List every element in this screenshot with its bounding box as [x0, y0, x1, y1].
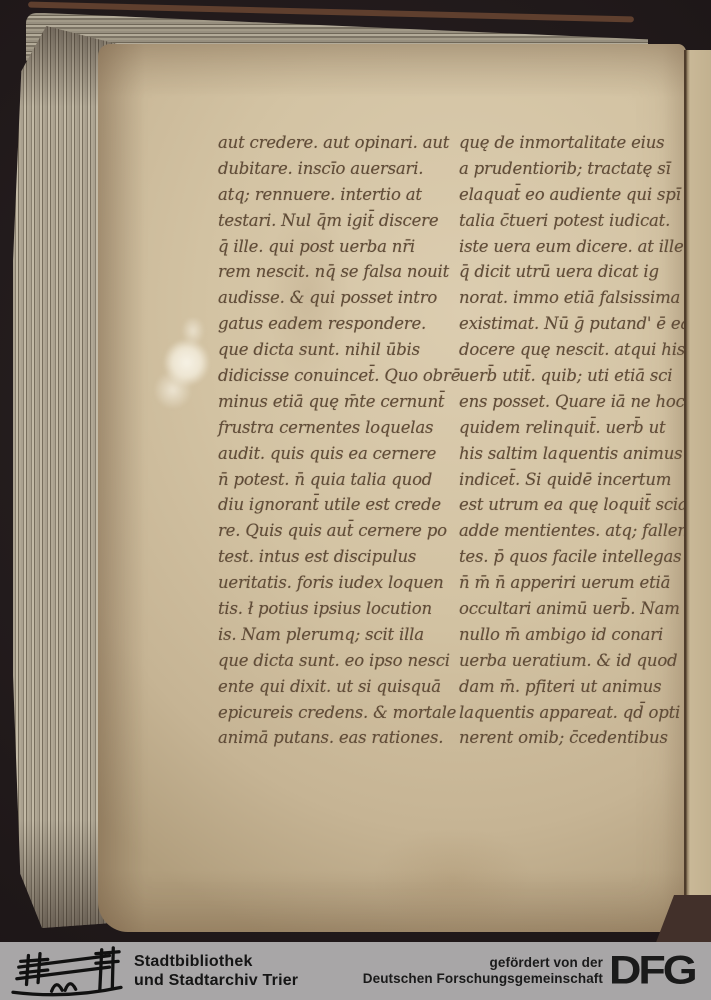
footer-banner: Stadtbibliothek und Stadtarchiv Trier ge…: [0, 942, 711, 1000]
funding-credit-line2: Deutschen Forschungsgemeinschaft: [280, 971, 603, 987]
manuscript-text-line: ueritatis. foris iudex loquen: [218, 573, 460, 599]
manuscript-text-line: ens posset. Quare iā ne hoc: [459, 392, 674, 418]
manuscript-text-line: que dicta sunt. nihil ūbis: [218, 340, 460, 366]
manuscript-text-line: audit. quis quis ea cernere: [218, 444, 460, 470]
text-column-right: quę de inmortalitate eiusa prudentiorib;…: [459, 133, 674, 754]
manuscript-text-line: is. Nam plerumq; scit illa: [218, 625, 460, 651]
manuscript-text-line: q̄ ille. qui post uerba nr̄i: [218, 237, 460, 263]
manuscript-text-line: occultari animū uerb̄. Nam: [459, 599, 674, 625]
parchment-stain: [338, 804, 568, 954]
manuscript-text-line: animā putans. eas rationes.: [218, 728, 460, 754]
manuscript-text-line: rem nescit. nq̄ se falsa nouit: [218, 262, 460, 288]
manuscript-text-line: uerba ueratium. & id quod: [459, 651, 674, 677]
manuscript-text-line: existimat. Nū ḡ putand' ē ea: [459, 314, 674, 340]
parchment-damage-spot: [136, 318, 228, 424]
manuscript-text-line: testari. Nul q̄m igit̄ discere: [218, 211, 460, 237]
manuscript-text-line: atq; rennuere. intertio at: [218, 185, 460, 211]
dfg-logo: DFG: [609, 947, 709, 996]
funding-credit: gefördert von der Deutschen Forschungsge…: [280, 955, 603, 987]
library-name: Stadtbibliothek und Stadtarchiv Trier: [134, 952, 298, 990]
funding-credit-line1: gefördert von der: [280, 955, 603, 971]
manuscript-text-line: diu ignorant̄ utile est crede: [218, 495, 460, 521]
manuscript-text-line: nullo m̄ ambigo id conari: [459, 625, 674, 651]
manuscript-text-line: epicureis credens. & mortale: [218, 703, 460, 729]
manuscript-text-line: frustra cernentes loquelas: [218, 418, 460, 444]
manuscript-text-line: n̄ m̄ n̄ apperiri uerum etiā: [459, 573, 674, 599]
manuscript-text-line: a prudentiorib; tractatę sī: [459, 159, 674, 185]
manuscript-text-line: uerb̄ utit̄. quib; uti etiā sci: [459, 366, 674, 392]
manuscript-text-line: dubitare. inscīo auersari.: [218, 159, 460, 185]
dfg-logo-text: DFG: [609, 949, 695, 994]
manuscript-text-line: didicisse conuincet̄. Quo obrē: [218, 366, 460, 392]
manuscript-text-line: n̄ potest. n̄ quia talia quod: [218, 470, 460, 496]
manuscript-text-line: tis. ł potius ipsius locution: [218, 599, 460, 625]
text-column-left: aut credere. aut opinari. autdubitare. i…: [218, 133, 460, 754]
manuscript-text-line: docere quę nescit. atqui hisdē: [459, 340, 674, 366]
manuscript-text-line: audisse. & qui posset intro: [218, 288, 460, 314]
manuscript-text-line: nerent omib; c̄cedentibus: [459, 728, 674, 754]
manuscript-text-line: iste uera eum dicere. at ille: [459, 237, 674, 263]
manuscript-text-line: quę de inmortalitate eius: [459, 133, 674, 159]
manuscript-text-line: his saltim laquentis animus: [459, 444, 674, 470]
porta-nigra-logo-icon: [8, 944, 126, 998]
manuscript-text-line: quidem relinquit̄. uerb̄ ut: [459, 418, 674, 444]
manuscript-text-line: q̄ dicit utrū uera dicat ig: [459, 262, 674, 288]
library-name-line2: und Stadtarchiv Trier: [134, 971, 298, 990]
manuscript-text-line: adde mentientes. atq; fallen: [459, 521, 674, 547]
manuscript-text-line: aut credere. aut opinari. aut: [218, 133, 460, 159]
manuscript-text-line: laquentis appareat. qd̄ opti: [459, 703, 674, 729]
manuscript-text-line: dam m̄. pfiteri ut animus: [459, 677, 674, 703]
manuscript-text-line: test. intus est discipulus: [218, 547, 460, 573]
manuscript-text-line: talia c̄tueri potest iudicat.: [459, 211, 674, 237]
facing-page-edge: [684, 50, 711, 916]
manuscript-text-line: tes. p̄ quos facile intellegas: [459, 547, 674, 573]
library-name-line1: Stadtbibliothek: [134, 952, 298, 971]
manuscript-text-line: norat. immo etiā falsissima: [459, 288, 674, 314]
manuscript-text-line: gatus eadem respondere.: [218, 314, 460, 340]
book-photograph: aut credere. aut opinari. autdubitare. i…: [0, 0, 711, 942]
manuscript-text-line: est utrum ea quę loquit̄ sciat: [459, 495, 674, 521]
manuscript-text-line: indicet̄. Si quidē incertum: [459, 470, 674, 496]
manuscript-text-line: minus etiā quę m̄te cernunt̄: [218, 392, 460, 418]
manuscript-text-line: re. Quis quis aut̄ cernere po: [218, 521, 460, 547]
manuscript-text-line: ente qui dixit. ut si quisquā: [218, 677, 460, 703]
digitized-manuscript-screenshot: aut credere. aut opinari. autdubitare. i…: [0, 0, 711, 1000]
manuscript-text-line: que dicta sunt. eo ipso nesci: [218, 651, 460, 677]
manuscript-text-line: elaquat̄ eo audiente qui spī: [459, 185, 674, 211]
